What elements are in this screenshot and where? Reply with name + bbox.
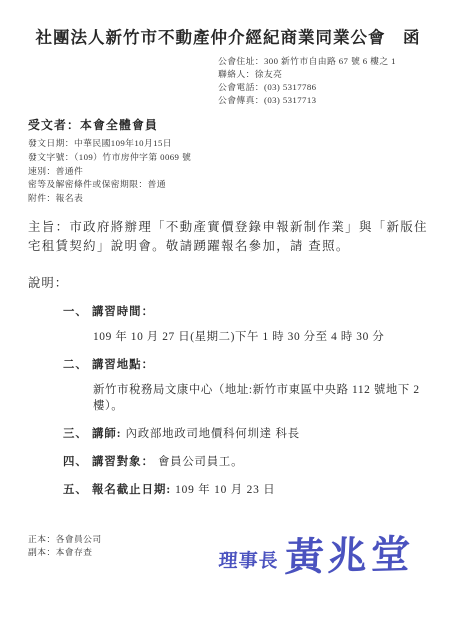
chairman-signature-name: 黃兆堂 — [284, 523, 415, 582]
item-5-label: 報名截止日期: — [92, 484, 171, 496]
item-2-number: 二、 — [63, 356, 92, 372]
explanation-label: 說明： — [28, 273, 428, 291]
subject-paragraph: 主旨：市政府將辦理「不動產實價登錄申報新制作業」與「新版住宅租賃契約」說明會。敬… — [28, 218, 432, 257]
item-5-number: 五、 — [63, 481, 92, 497]
chairman-title: 理事長 — [218, 532, 280, 573]
item-1-detail: 109 年 10 月 27 日(星期二)下午 1 時 30 分至 4 時 30 … — [28, 328, 428, 344]
list-item-3: 三、講師:內政部地政司地價科何圳達 科長 — [28, 425, 428, 441]
footer-row: 正本：各會員公司 副本：本會存查 理事長 黃兆堂 — [28, 525, 428, 581]
item-4-label: 講習對象： — [92, 456, 154, 468]
letter-meta-block: 發文日期：中華民國109年10月15日 發文字號：（109）竹市房仲字第 006… — [28, 137, 428, 206]
item-2-detail: 新竹市稅務局文康中心（地址:新竹市東區中央路 112 號地下 2 樓）。 — [28, 381, 428, 413]
association-address: 公會住址：300 新竹市自由路 67 號 6 樓之 1 — [218, 55, 428, 68]
official-letter-page: 社團法人新竹市不動產仲介經紀商業同業公會 函 公會住址：300 新竹市自由路 6… — [0, 0, 452, 640]
item-4-text: 會員公司員工。 — [158, 456, 243, 468]
association-contact-block: 公會住址：300 新竹市自由路 67 號 6 樓之 1 聯絡人：徐友亮 公會電話… — [218, 55, 428, 107]
item-3-text: 內政部地政司地價科何圳達 科長 — [126, 428, 300, 440]
issue-number: 發文字號：（109）竹市房仲字第 0069 號 — [28, 151, 428, 165]
list-item-2-head: 二、講習地點： — [28, 356, 428, 372]
item-5-text: 109 年 10 月 23 日 — [175, 484, 275, 496]
item-2-label: 講習地點： — [92, 359, 154, 371]
attachment-line: 附件：報名表 — [28, 192, 428, 206]
association-contact-person: 聯絡人：徐友亮 — [218, 68, 428, 81]
item-1-number: 一、 — [63, 303, 92, 319]
item-1-label: 講習時間： — [92, 306, 154, 318]
item-3-number: 三、 — [63, 425, 92, 441]
letter-title: 社團法人新竹市不動產仲介經紀商業同業公會 函 — [28, 24, 428, 48]
list-item-5: 五、報名截止日期:109 年 10 月 23 日 — [28, 481, 428, 497]
security-classification: 密等及解密條件或保密期限：普通 — [28, 178, 428, 192]
chairman-signature-block: 理事長 黃兆堂 — [219, 525, 414, 581]
recipient-line: 受文者：本會全體會員 — [28, 116, 428, 133]
delivery-speed: 速別：普通件 — [28, 165, 428, 179]
duplicate-copy-line: 副本：本會存查 — [28, 546, 102, 559]
item-3-label: 講師: — [92, 428, 122, 440]
list-item-1-head: 一、講習時間： — [28, 303, 428, 319]
issue-date: 發文日期：中華民國109年10月15日 — [28, 137, 428, 151]
association-fax: 公會傳真：(03) 5317713 — [218, 94, 428, 107]
association-phone: 公會電話：(03) 5317786 — [218, 81, 428, 94]
original-copy-line: 正本：各會員公司 — [28, 533, 102, 546]
explanation-list: 一、講習時間： 109 年 10 月 27 日(星期二)下午 1 時 30 分至… — [28, 303, 428, 497]
item-4-number: 四、 — [63, 453, 92, 469]
list-item-4: 四、講習對象：會員公司員工。 — [28, 453, 428, 469]
copy-distribution-block: 正本：各會員公司 副本：本會存查 — [28, 525, 102, 559]
